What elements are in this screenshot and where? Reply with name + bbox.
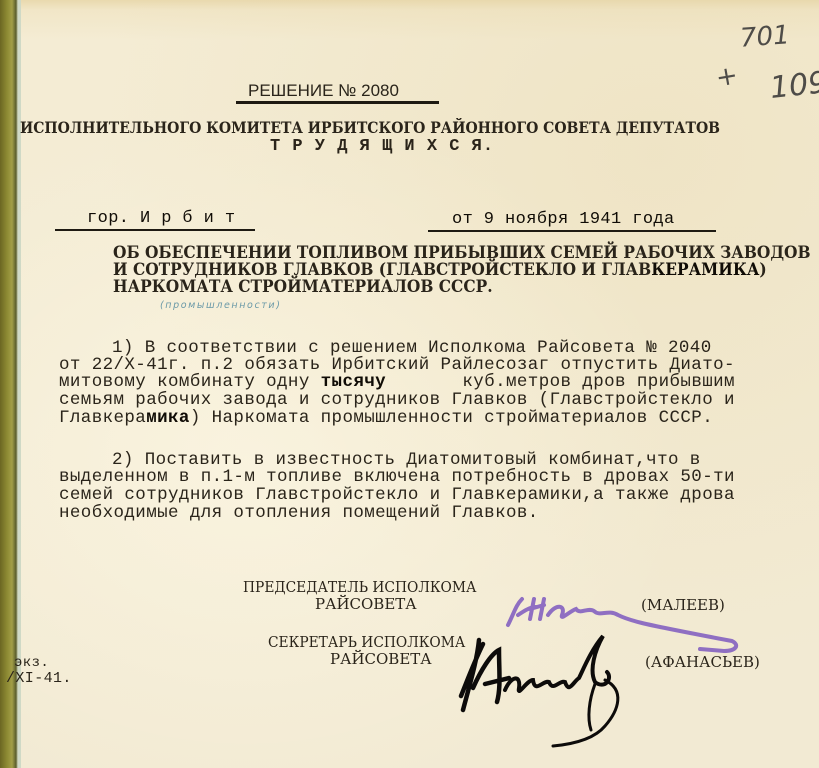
archive-number-top: 701 [739, 20, 791, 53]
subject-line-3: НАРКОМАТА СТРОЙМАТЕРИАЛОВ СССР. [113, 279, 493, 296]
archive-number-second: 109 [768, 65, 819, 106]
handwritten-correction-note: (промышленности) [160, 300, 282, 311]
paragraph-1-overtyped: мика [146, 408, 190, 428]
paragraph-1-line-3-start: митовому комбинату одну [59, 372, 321, 392]
secretary-name: (АФАНАСЬЕВ) [645, 655, 760, 670]
issuer-line-1: ИСПОЛНИТЕЛЬНОГО КОМИТЕТА ИРБИТСКОГО РАЙО… [20, 120, 720, 136]
paragraph-1-line-4: семьям рабочих завода и сотрудников Глав… [59, 392, 735, 410]
place-underline [55, 229, 255, 231]
paragraph-2-line-2: выделенном в п.1-м топливе включена потр… [59, 469, 735, 487]
secretary-title-line-1: СЕКРЕТАРЬ ИСПОЛКОМА [268, 635, 465, 650]
paragraph-1-amount: тысячу [321, 372, 386, 392]
subject-line-2-end: ) [759, 260, 766, 279]
document-title: РЕШЕНИЕ № 2080 [248, 82, 399, 99]
paragraph-1-line-3-end: куб.метров дров прибывшим [386, 372, 735, 392]
paragraph-1-line-5-start: Главкера [59, 408, 146, 428]
copies-note-line-1: экз. [14, 656, 49, 670]
issuer-line-2: Т Р У Д Я Щ И Х С Я. [270, 138, 494, 155]
chair-title-line-2: РАЙСОВЕТА [315, 597, 417, 612]
binding-edge-highlight [18, 0, 21, 768]
title-underline [236, 101, 439, 104]
secretary-signature-black [455, 630, 655, 750]
place-of-issue: гор. И р б и т [87, 210, 235, 227]
date-underline [428, 230, 716, 232]
subject-line-2-overtyped: КЕРАМИКА [651, 260, 759, 279]
paragraph-2-line-4: необходимые для отопления помещений Глав… [59, 505, 539, 523]
binding-edge [0, 0, 18, 768]
paragraph-2-line-3: семей сотрудников Главстройстекло и Глав… [59, 487, 735, 505]
chair-title-line-1: ПРЕДСЕДАТЕЛЬ ИСПОЛКОМА [243, 580, 476, 595]
copies-note-line-2: /XI-41. [6, 671, 72, 686]
secretary-title-line-2: РАЙСОВЕТА [330, 652, 432, 667]
paragraph-1-line-5-end: ) Наркомата промышленности стройматериал… [190, 408, 713, 428]
paragraph-1-line-5: Главкерамика) Наркомата промышленности с… [59, 410, 713, 428]
document-date: от 9 ноября 1941 года [452, 211, 675, 228]
paragraph-1-line-3: митовому комбинату одну тысячу куб.метро… [59, 374, 735, 392]
